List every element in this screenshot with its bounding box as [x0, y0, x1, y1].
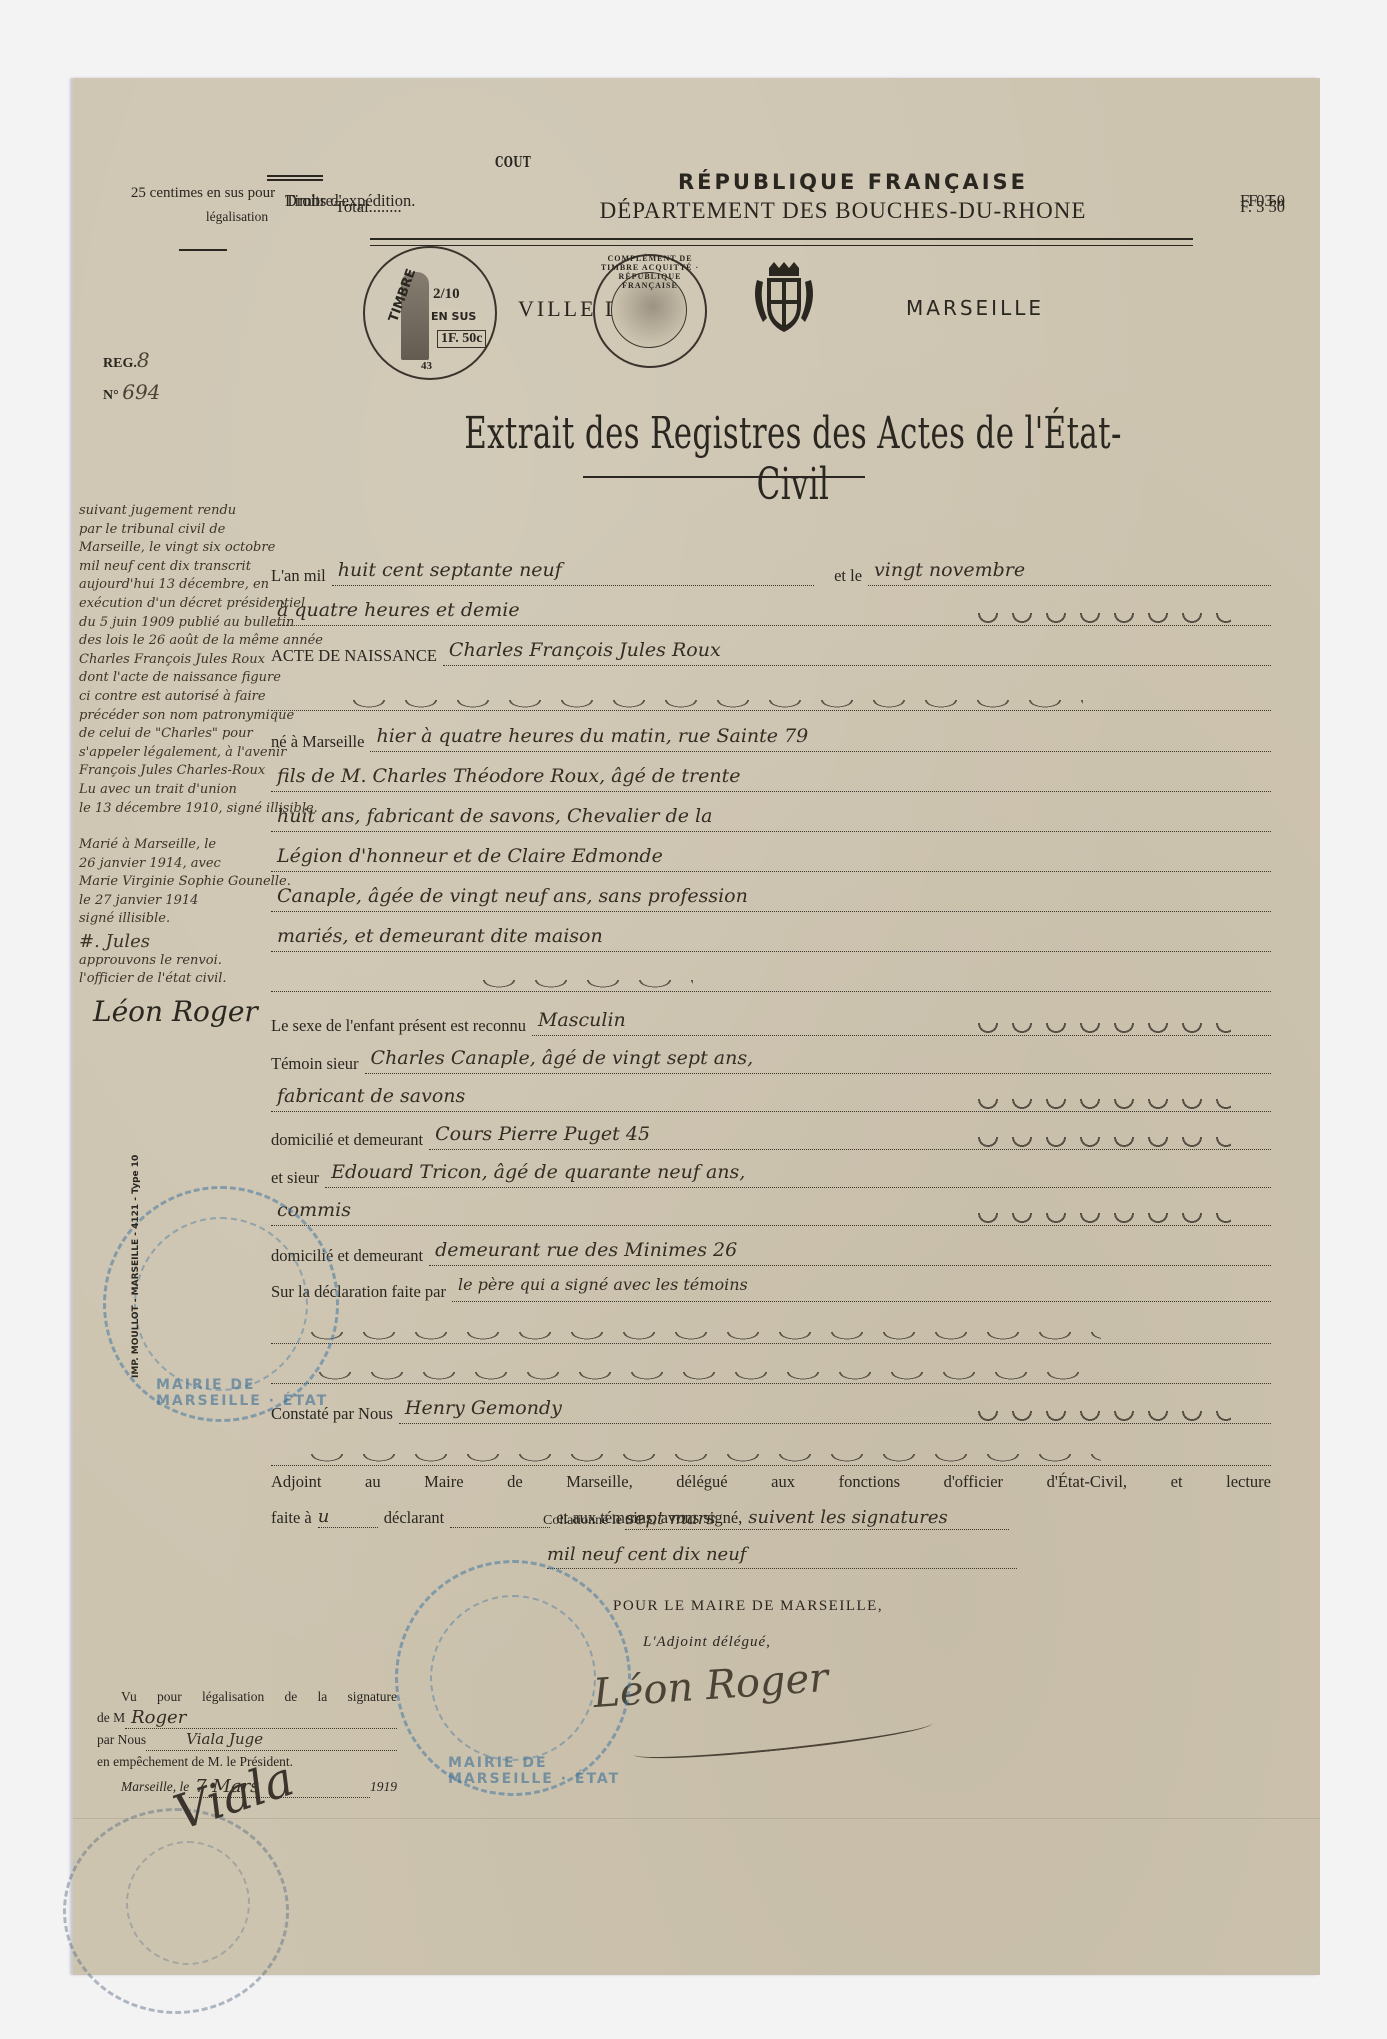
stamp-inner-ring — [126, 1841, 250, 1965]
collation-value-2: mil neuf cent dix neuf — [547, 1544, 1017, 1569]
time-value: à quatre heures et demie — [271, 599, 1271, 626]
wavy-filler — [301, 1454, 1101, 1466]
faite-value: u — [318, 1506, 378, 1528]
born-label: né à Marseille — [271, 732, 370, 752]
no-value: 694 — [122, 380, 160, 404]
born-row: mariés, et demeurant dite maison — [271, 914, 1271, 952]
acte-row: ACTE DE NAISSANCE Charles François Jules… — [271, 628, 1271, 666]
domicile2-value: demeurant rue des Minimes 26 — [429, 1239, 1271, 1266]
stamp-surcharge: 2/10 — [433, 286, 460, 303]
domicile1-row: domicilié et demeurant Cours Pierre Puge… — [271, 1112, 1271, 1150]
stamp-text: MAIRIE DE MARSEILLE · ÉTAT — [156, 1377, 336, 1409]
witness2-value: Edouard Tricon, âgé de quarante neuf ans… — [325, 1161, 1271, 1188]
year-value: huit cent septante neuf — [332, 559, 814, 586]
note-line: par le tribunal civil de — [79, 521, 339, 540]
year-row: L'an mil huit cent septante neuf et le v… — [271, 548, 1271, 586]
legalisation-line-1: Vu pour légalisation de la signature — [97, 1686, 397, 1707]
wavy-filler — [343, 700, 1083, 712]
collation-value-1: sept mars — [625, 1508, 1009, 1530]
year-label: L'an mil — [271, 566, 332, 586]
reg-label: REG. — [103, 356, 137, 371]
complement-stamp: COMPLÉMENT DE TIMBRE ACQUITTÉ · RÉPUBLIQ… — [593, 254, 707, 368]
cost-total-value: F. 3 50 — [1240, 196, 1285, 217]
department-heading: DÉPARTEMENT DES BOUCHES-DU-RHONE — [473, 198, 1213, 224]
date-year: 1919 — [370, 1776, 397, 1798]
title-rule — [583, 476, 865, 478]
stamp-number: 43 — [421, 360, 432, 372]
fold-line — [73, 1818, 1320, 1819]
sex-row: Le sexe de l'enfant présent est reconnu … — [271, 998, 1271, 1036]
registry-number: REG.8 N° 694 — [103, 346, 160, 410]
born-row: Légion d'honneur et de Claire Edmonde — [271, 834, 1271, 872]
stamp-en-sus: EN SUS — [431, 310, 476, 323]
city-name: MARSEILLE — [906, 296, 1044, 320]
par-nous-value: Viala Juge — [146, 1729, 397, 1751]
declarant-line — [450, 1527, 550, 1528]
blank-line — [271, 965, 1271, 992]
domicile1-label: domicilié et demeurant — [271, 1130, 429, 1150]
document-page: COUT Timbre......... F. 3 » Droits d'exp… — [73, 78, 1320, 1975]
witness1-value: Charles Canaple, âgé de vingt sept ans, — [365, 1047, 1271, 1074]
de-m-label: de M — [97, 1707, 125, 1729]
signature-flourish — [633, 1712, 934, 1765]
witness1-row-2: fabricant de savons — [271, 1074, 1271, 1112]
mairie-stamp-bottom: MAIRIE DE MARSEILLE · ÉTAT — [395, 1560, 631, 1796]
day-value: vingt novembre — [868, 559, 1271, 586]
header-double-rule — [370, 238, 1193, 246]
sex-label: Le sexe de l'enfant présent est reconnu — [271, 1016, 532, 1036]
republic-heading: RÉPUBLIQUE FRANÇAISE — [543, 170, 1163, 194]
domicile2-row: domicilié et demeurant demeurant rue des… — [271, 1228, 1271, 1266]
witness2-occupation: commis — [271, 1199, 1271, 1226]
wavy-filler — [309, 1372, 1099, 1384]
legalisation-par-nous: par Nous Viala Juge — [97, 1729, 397, 1751]
acte-label: ACTE DE NAISSANCE — [271, 646, 443, 666]
fiscal-stamp: TIMBRE 2/10 EN SUS 1F. 50c 43 — [363, 246, 497, 380]
cost-box: COUT Timbre......... F. 3 » Droits d'exp… — [73, 152, 333, 251]
complement-stamp-text: COMPLÉMENT DE TIMBRE ACQUITTÉ · RÉPUBLIQ… — [595, 254, 705, 290]
note-line: suivant jugement rendu — [79, 502, 339, 521]
collation-label: Collationné le — [543, 1513, 622, 1528]
born-line: Canaple, âgée de vingt neuf ans, sans pr… — [271, 885, 1271, 912]
cost-total-label: Total........ — [285, 196, 402, 217]
blank-row — [271, 954, 1271, 992]
declaration-row: Sur la déclaration faite par le père qui… — [271, 1264, 1271, 1302]
collation-block: Collationné le sept mars mil neuf cent d… — [543, 1508, 1103, 1569]
document-title: Extrait des Registres des Actes de l'Éta… — [450, 408, 1136, 510]
declarant-label: déclarant — [384, 1508, 444, 1528]
born-row: né à Marseille hier à quatre heures du m… — [271, 714, 1271, 752]
printer-mark: IMP. MOULLOT - MARSEILLE - 4121 - Type 1… — [131, 1155, 141, 1378]
par-nous-label: par Nous — [97, 1729, 146, 1751]
born-line: hier à quatre heures du matin, rue Saint… — [370, 725, 1271, 752]
acte-value: Charles François Jules Roux — [443, 639, 1271, 666]
stamp-inner-ring — [430, 1595, 596, 1761]
cost-short-rule — [179, 249, 227, 251]
no-label: N° — [103, 388, 119, 403]
witness1-label: Témoin sieur — [271, 1054, 365, 1074]
sex-value: Masculin — [532, 1009, 1271, 1036]
day-label: et le — [834, 566, 868, 586]
stamp-inner-ring — [134, 1217, 308, 1391]
wavy-filler — [301, 1332, 1101, 1344]
marseille-coat-of-arms-icon — [749, 260, 819, 340]
closing-line-1: Adjoint au Maire de Marseille, délégué a… — [271, 1472, 1271, 1492]
born-line: huit ans, fabricant de savons, Chevalier… — [271, 805, 1271, 832]
witness2-label: et sieur — [271, 1168, 325, 1188]
stamp-value: 1F. 50c — [437, 330, 486, 348]
witness1-row: Témoin sieur Charles Canaple, âgé de vin… — [271, 1036, 1271, 1074]
wavy-filler — [473, 980, 693, 992]
born-row: Canaple, âgée de vingt neuf ans, sans pr… — [271, 874, 1271, 912]
born-row: fils de M. Charles Théodore Roux, âgé de… — [271, 754, 1271, 792]
reg-value: 8 — [137, 348, 150, 372]
witness1-occupation: fabricant de savons — [271, 1085, 1271, 1112]
domicile1-value: Cours Pierre Puget 45 — [429, 1123, 1271, 1150]
constate-row: Constaté par Nous Henry Gemondy — [271, 1386, 1271, 1424]
born-line: Légion d'honneur et de Claire Edmonde — [271, 845, 1271, 872]
tribunal-stamp — [63, 1808, 289, 2014]
pour-le-maire: POUR LE MAIRE DE MARSEILLE, — [613, 1598, 883, 1615]
constate-value: Henry Gemondy — [399, 1397, 1271, 1424]
born-row: huit ans, fabricant de savons, Chevalier… — [271, 794, 1271, 832]
adjoint-delegue: L'Adjoint délégué, — [643, 1634, 771, 1651]
born-line: mariés, et demeurant dite maison — [271, 925, 1271, 952]
witness2-row: et sieur Edouard Tricon, âgé de quarante… — [271, 1150, 1271, 1188]
born-line: fils de M. Charles Théodore Roux, âgé de… — [271, 765, 1271, 792]
stamp-text: MAIRIE DE MARSEILLE · ÉTAT — [448, 1755, 628, 1787]
declaration-value: le père qui a signé avec les témoins — [452, 1275, 1271, 1302]
legalisation-de-m: de M Roger — [97, 1707, 397, 1729]
de-m-value: Roger — [125, 1707, 397, 1729]
witness2-row-2: commis — [271, 1188, 1271, 1226]
time-row: à quatre heures et demie — [271, 588, 1271, 626]
faite-label: faite à — [271, 1508, 312, 1528]
